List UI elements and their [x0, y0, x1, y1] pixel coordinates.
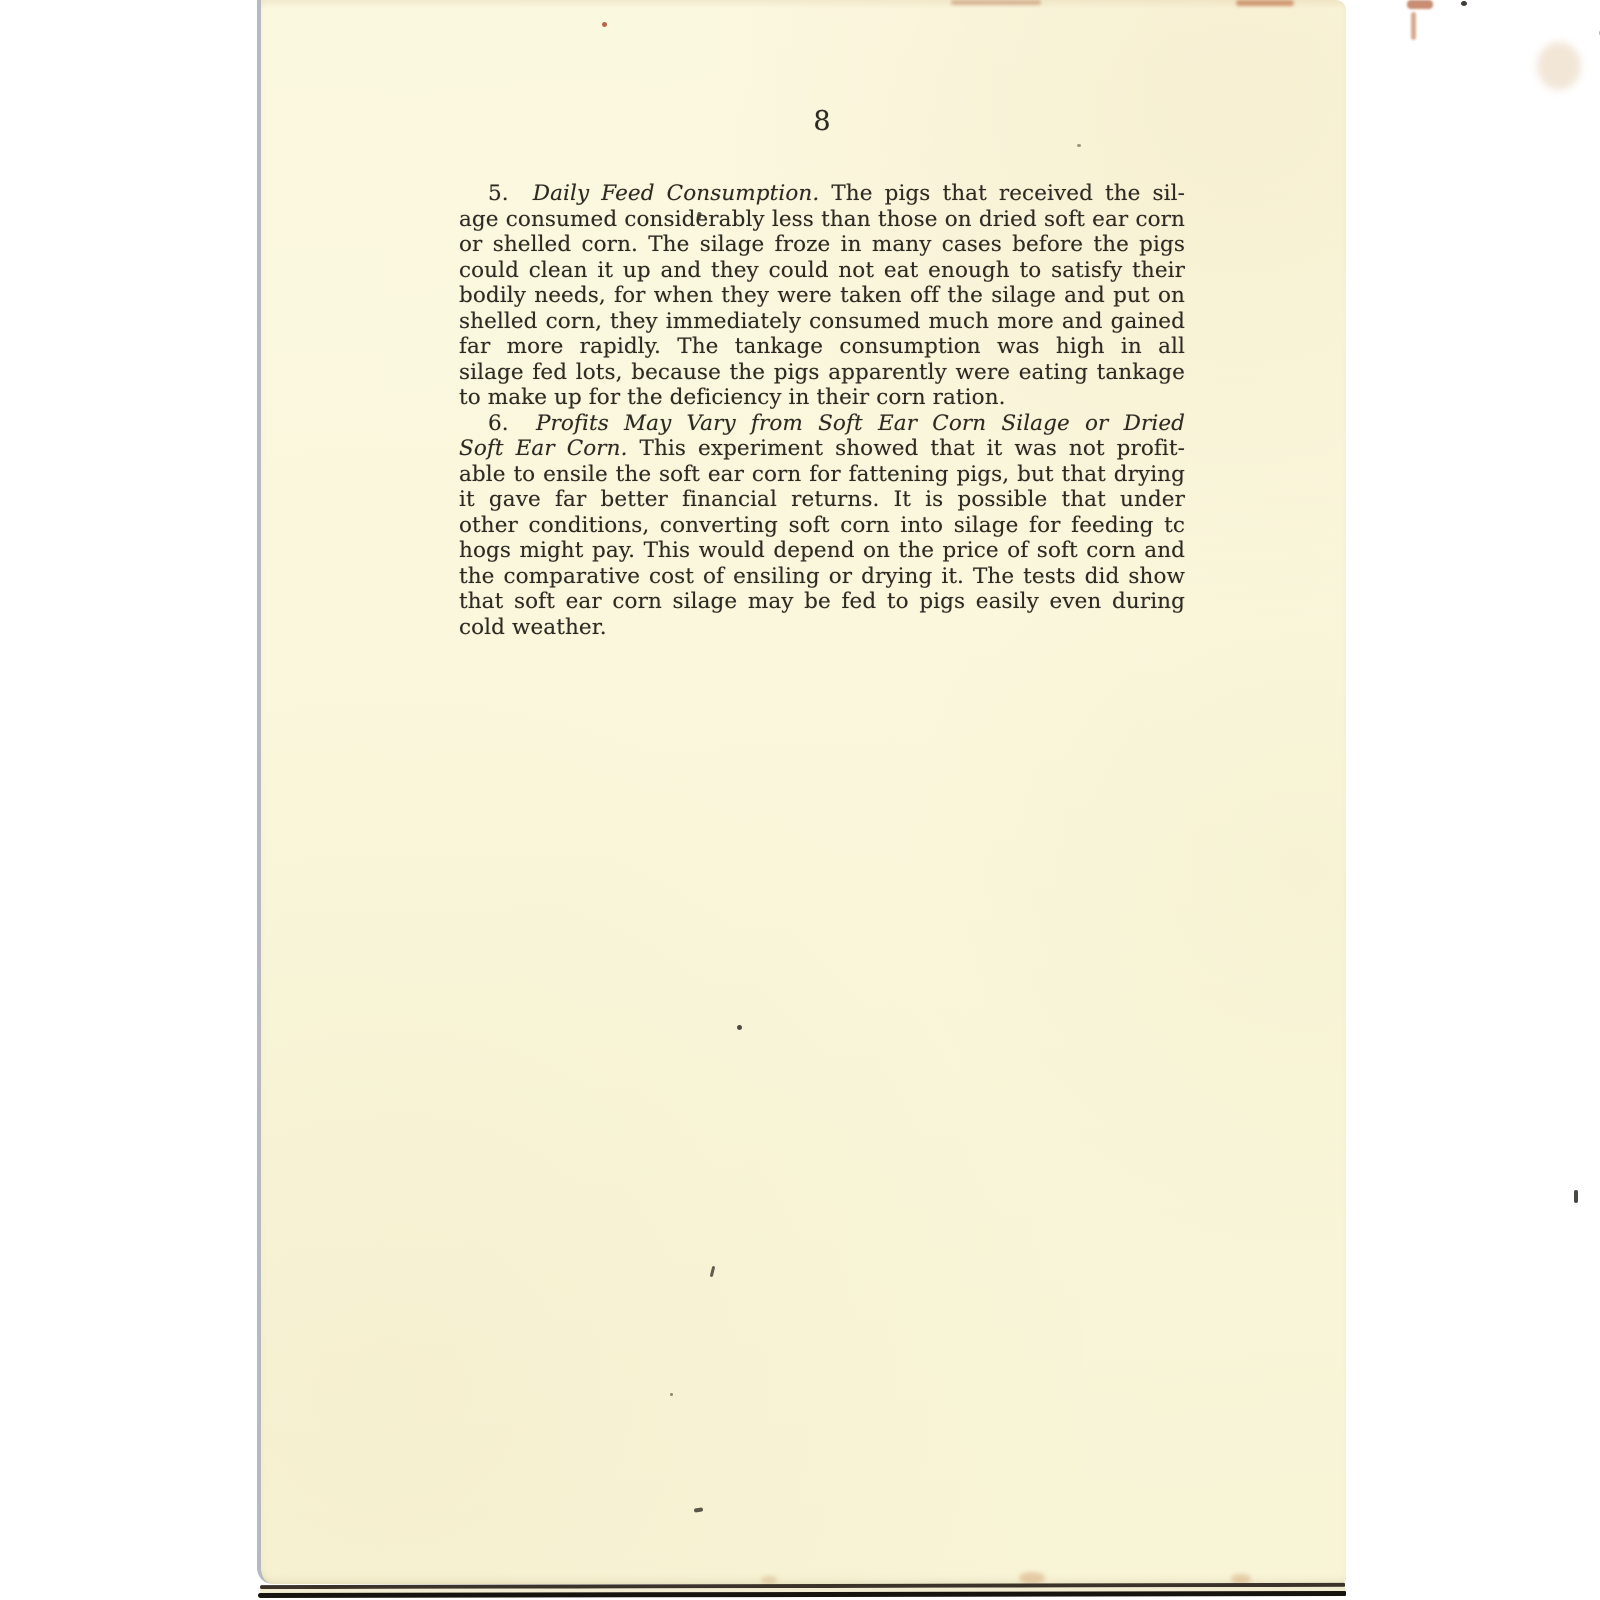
rust-stain [951, 0, 1041, 5]
text-segment: to make up for the deficiency in their c… [459, 385, 1006, 410]
text-line: 5. Daily Feed Consumption. The pigs that… [459, 181, 1185, 207]
text-line: could clean it up and they could not eat… [459, 258, 1185, 284]
text-segment: shelled corn, they immediately consumed … [459, 309, 1185, 334]
text-segment: far more rapidly. The tankage consumptio… [459, 334, 1185, 359]
document-page: 8 5. Daily Feed Consumption. The pigs th… [257, 0, 1346, 1584]
text-segment: 6. [488, 411, 509, 436]
text-line: able to ensile the soft ear corn for fat… [459, 462, 1185, 488]
text-line: far more rapidly. The tankage consumptio… [459, 334, 1185, 360]
red-ink-speck [602, 22, 607, 27]
text-segment: the comparative cost of ensiling or dryi… [459, 564, 1185, 589]
body-text: 5. Daily Feed Consumption. The pigs that… [459, 181, 1185, 640]
ink-speck [670, 1393, 673, 1396]
text-segment: hogs might pay. This would depend on the… [459, 538, 1185, 563]
text-line: Soft Ear Corn. This experiment showed th… [459, 436, 1185, 462]
rust-stain [1411, 12, 1416, 40]
dark-edge-speck [1461, 1, 1467, 6]
ink-speck [1574, 1190, 1578, 1203]
text-segment: This experiment showed that it was not p… [640, 436, 1185, 461]
ink-speck [694, 1507, 703, 1512]
text-line: hogs might pay. This would depend on the… [459, 538, 1185, 564]
text-line: the comparative cost of ensiling or dryi… [459, 564, 1185, 590]
text-line: to make up for the deficiency in their c… [459, 385, 1185, 411]
foxing-smudge [1019, 1572, 1045, 1584]
foxing-smudge [761, 1576, 777, 1584]
italic-text-segment: Daily Feed Consumption. [533, 181, 820, 206]
text-segment: other conditions, converting soft corn i… [459, 513, 1185, 538]
rust-stain [1236, 0, 1294, 6]
text-segment: it gave far better financial returns. It… [459, 487, 1185, 512]
text-segment: bodily needs, for when they were taken o… [459, 283, 1185, 308]
ink-speck [737, 1025, 742, 1030]
scan-background: 8 5. Daily Feed Consumption. The pigs th… [0, 0, 1600, 1600]
italic-text-segment: Profits May Vary from Soft Ear Corn Sila… [536, 411, 1185, 436]
text-line: that soft ear corn silage may be fed to … [459, 589, 1185, 615]
text-segment: could clean it up and they could not eat… [459, 258, 1185, 283]
page-number: 8 [459, 106, 1185, 137]
text-line: age consumed considerably less than thos… [459, 207, 1185, 233]
ink-speck [710, 1266, 716, 1277]
text-line: 6. Profits May Vary from Soft Ear Corn S… [459, 411, 1185, 437]
page-stack-edge [258, 1591, 1346, 1598]
text-line: other conditions, converting soft corn i… [459, 513, 1185, 539]
text-line: cold weather. [459, 615, 1185, 641]
text-segment: silage fed lots, because the pigs appare… [459, 360, 1185, 385]
text-line: or shelled corn. The silage froze in man… [459, 232, 1185, 258]
rust-stain [1407, 0, 1433, 9]
text-segment: The pigs that received the sil- [831, 181, 1185, 206]
text-line: shelled corn, they immediately consumed … [459, 309, 1185, 335]
ink-speck [1077, 144, 1081, 147]
text-segment: or shelled corn. The silage froze in man… [459, 232, 1185, 257]
text-line: it gave far better financial returns. It… [459, 487, 1185, 513]
text-segment: able to ensile the soft ear corn for fat… [459, 462, 1185, 487]
text-line: silage fed lots, because the pigs appare… [459, 360, 1185, 386]
foxing-smudge [1537, 42, 1581, 90]
text-segment: that soft ear corn silage may be fed to … [459, 589, 1185, 614]
text-segment: 5. [488, 181, 509, 206]
italic-text-segment: Soft Ear Corn. [459, 436, 628, 461]
text-line: bodily needs, for when they were taken o… [459, 283, 1185, 309]
text-segment: age consumed considerably less than thos… [459, 207, 1185, 232]
text-segment: cold weather. [459, 615, 607, 640]
